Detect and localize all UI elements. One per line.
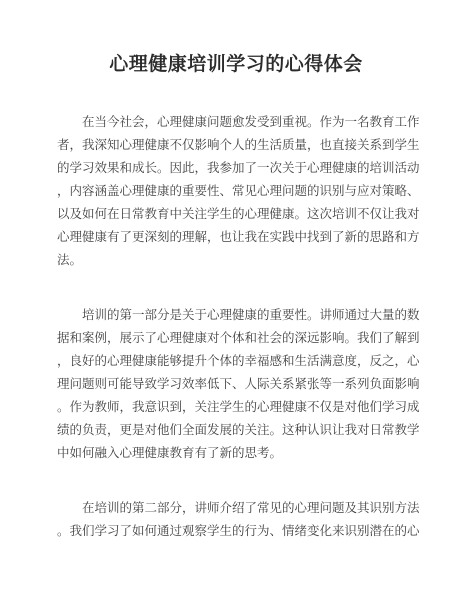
paragraph-line: ，良好的心理健康能够提升个体的幸福感和生活满意度，反之，心 bbox=[57, 350, 416, 373]
paragraph-1: 在当今社会，心理健康问题愈发受到重视。作为一名教育工作 者，我深知心理健康不仅影… bbox=[57, 111, 416, 272]
paragraph-3: 在培训的第二部分，讲师介绍了常见的心理问题及其识别方法 。我们学习了如何通过观察… bbox=[57, 497, 416, 543]
paragraph-line: 培训的第一部分是关于心理健康的重要性。讲师通过大量的数 bbox=[57, 304, 416, 327]
paragraph-line: 法。 bbox=[57, 249, 416, 272]
paragraph-2: 培训的第一部分是关于心理健康的重要性。讲师通过大量的数 据和案例，展示了心理健康… bbox=[57, 304, 416, 465]
paragraph-line: 的学习效果和成长。因此，我参加了一次关于心理健康的培训活动 bbox=[57, 157, 416, 180]
paragraph-line: 理问题则可能导致学习效率低下、人际关系紧张等一系列负面影响 bbox=[57, 373, 416, 396]
paragraph-line: 以及如何在日常教育中关注学生的心理健康。这次培训不仅让我对 bbox=[57, 203, 416, 226]
paragraph-line: 在培训的第二部分，讲师介绍了常见的心理问题及其识别方法 bbox=[57, 497, 416, 520]
paragraph-line: 心理健康有了更深刻的理解，也让我在实践中找到了新的思路和方 bbox=[57, 226, 416, 249]
paragraph-line: 在当今社会，心理健康问题愈发受到重视。作为一名教育工作 bbox=[57, 111, 416, 134]
paragraph-line: 绩的负责，更是对他们全面发展的关注。这种认识让我对日常教学 bbox=[57, 419, 416, 442]
paragraph-line: 据和案例，展示了心理健康对个体和社会的深远影响。我们了解到 bbox=[57, 327, 416, 350]
paragraph-line: 中如何融入心理健康教育有了新的思考。 bbox=[57, 442, 416, 465]
document-title: 心理健康培训学习的心得体会 bbox=[57, 50, 415, 80]
paragraph-line: 。作为教师，我意识到，关注学生的心理健康不仅是对他们学习成 bbox=[57, 396, 416, 419]
paragraph-line: ，内容涵盖心理健康的重要性、常见心理问题的识别与应对策略、 bbox=[57, 180, 416, 203]
paragraph-line: 。我们学习了如何通过观察学生的行为、情绪变化来识别潜在的心 bbox=[57, 520, 416, 543]
document-page: 心理健康培训学习的心得体会 在当今社会，心理健康问题愈发受到重视。作为一名教育工… bbox=[0, 0, 463, 600]
paragraph-line: 者，我深知心理健康不仅影响个人的生活质量，也直接关系到学生 bbox=[57, 134, 416, 157]
